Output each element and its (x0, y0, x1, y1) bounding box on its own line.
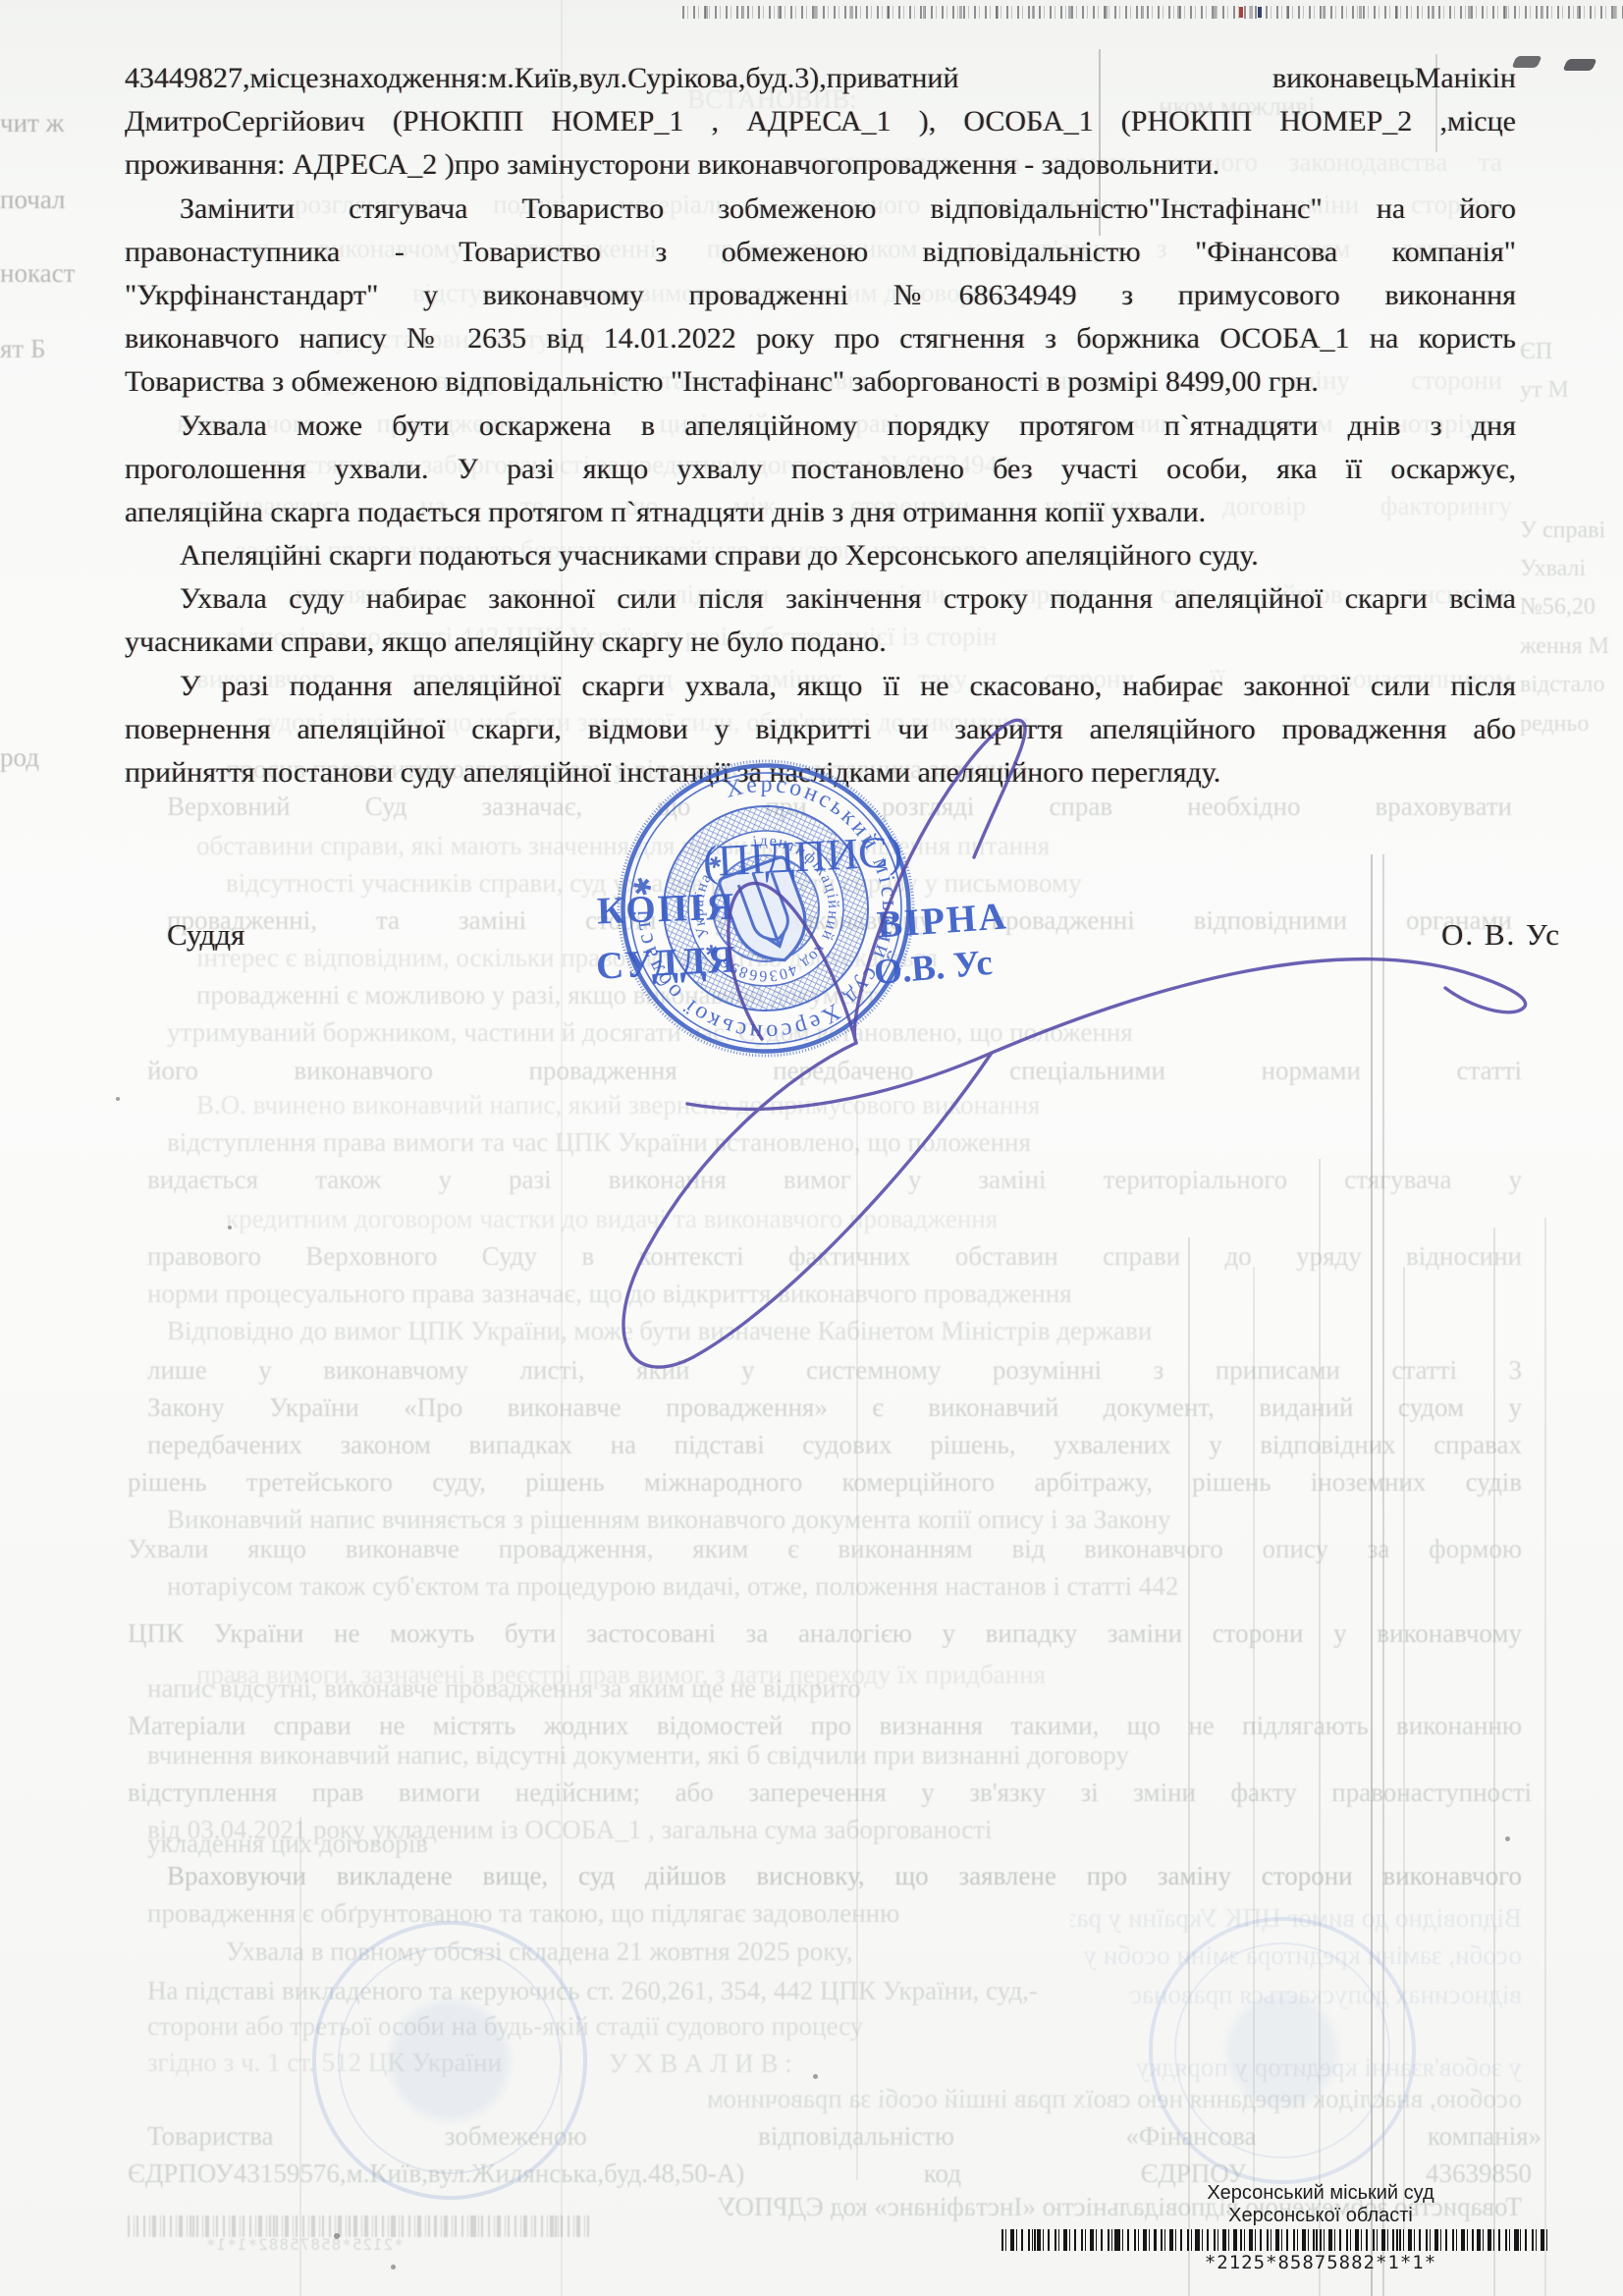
scan-speck (813, 2074, 818, 2079)
bleedthrough-line: Враховуючи викладене вище, суд дійшов ви… (167, 1861, 1522, 1896)
document-line: У разі подання апеляційної скарги ухвала… (125, 665, 1516, 708)
judge-name: О. В. Ус (1441, 917, 1561, 953)
stamp-word-copy: КОПІЯ (596, 885, 736, 934)
bleedthrough-line: ут М (1520, 377, 1620, 405)
document-body: 43449827,місцезнаходження:м.Київ,вул.Сур… (125, 57, 1516, 794)
document-line: Замінити стягувача Товариство зобмеженою… (125, 188, 1516, 231)
bleedthrough-line: редньо (1520, 711, 1620, 738)
bleedthrough-line: Матеріали справи не містять жодних відом… (128, 1711, 1522, 1746)
bleedthrough-line: відступлення права вимоги та час ЦПК Укр… (167, 1127, 1522, 1158)
barcode-court-name-line2: Херсонської області (1114, 2205, 1527, 2227)
corner-smudge (1562, 59, 1596, 71)
scan-artifact-vline (856, 1100, 858, 2180)
bleedthrough-line: рішень третейського суду, рішень міжнаро… (128, 1467, 1522, 1503)
document-line: Товариства з обмеженою відповідальністю … (125, 360, 1516, 404)
bleedthrough-line: вчинення виконавчий напис, відсутні доку… (147, 1740, 1522, 1771)
ghost-stamp-core (385, 1994, 514, 2127)
judge-label: Суддя (167, 917, 244, 953)
barcode-code-text: *2125*85875882*1*1* (1114, 2252, 1527, 2273)
stamp-word-judge: СУДДЯ (595, 937, 738, 988)
document-line: Ухвала може бути оскаржена в апеляційном… (125, 405, 1516, 448)
document-line: "Укрфінанстандарт" у виконавчому провадж… (125, 274, 1516, 317)
bleedthrough-line: ЄП (1520, 339, 1620, 366)
document-line: ДмитроСергійович (РНОКПП НОМЕР_1 , АДРЕС… (125, 100, 1516, 143)
bleedthrough-line: відстало (1520, 672, 1620, 699)
scanner-noise-strip (682, 6, 1623, 19)
bleedthrough-line: правового Верховного Суду в контексті фа… (147, 1241, 1522, 1277)
bleedthrough-line: Відповідно до вимог ЦПК України, може бу… (167, 1316, 1522, 1346)
bleedthrough-line: укладення цих договорів (147, 1829, 461, 1859)
bleedthrough-line: У справі (1520, 518, 1620, 545)
scanner-noise-red-mark (1239, 7, 1243, 18)
ghost-stamp-core (1221, 1990, 1343, 2111)
bleedthrough-line: Ухвалі (1520, 556, 1620, 583)
scanned-court-document-page: ВСТАНОВИВ:нком можливіпосилаючись на вим… (0, 0, 1623, 2296)
stamp-word-true: ВІРНА (876, 894, 1009, 947)
document-line: учасниками справи, якщо апеляційну скарг… (125, 621, 1516, 664)
bleedthrough-line: У Х В А Л И В : (609, 2049, 1021, 2079)
bleedthrough-line: №56,20 (1520, 594, 1620, 622)
bleedthrough-line: відступлення прав вимоги недійсним; або … (128, 1777, 1532, 1813)
document-line: апеляційна скарга подається протягом п`я… (125, 491, 1516, 534)
document-line: Ухвала суду набирає законної сили після … (125, 577, 1516, 621)
bleedthrough-line: ят Б (0, 334, 118, 364)
document-line: 43449827,місцезнаходження:м.Київ,вул.Сур… (125, 57, 1516, 100)
ghost-stamp-left (312, 1921, 587, 2200)
ghost-stamp-right (1149, 1917, 1416, 2184)
stamp-judge-initials: О.В. Ус (872, 942, 994, 994)
scanner-noise-blue-mark (1258, 7, 1262, 18)
bleedthrough-line: нокаст (0, 258, 118, 289)
bleedthrough-line: сторони або третьої особи на будь-якій с… (147, 2011, 1129, 2042)
bleedthrough-line: видається також у разі виконання вимог у… (147, 1165, 1522, 1200)
stamp-word-signature: (ПІДПИС) (702, 826, 904, 888)
scan-artifact-vline (1544, 1218, 1546, 2296)
bleedthrough-line: В.О. вчинено виконавчий напис, який звер… (196, 1090, 1473, 1121)
bleedthrough-line: чит ж (0, 108, 118, 138)
bleedthrough-line: від 03.04.2021 року укладеним із ОСОБА_1… (147, 1815, 1522, 1845)
document-line: проголошення ухвали. У разі якщо ухвалу … (125, 448, 1516, 491)
scan-artifact-vline (1493, 1228, 1495, 2296)
document-line: проживання: АДРЕСА_2 )про замінусторони … (125, 143, 1516, 187)
ghost-barcode (128, 2215, 589, 2237)
barcode-court-name-line1: Херсонський міський суд (1114, 2182, 1527, 2205)
bleedthrough-line: провадження є обґрунтованою та такою, що… (147, 1898, 1424, 1929)
bleedthrough-line: напис відсутні, виконавче провадження за… (147, 1673, 1522, 1704)
bleedthrough-line: кредитним договором частки до видачі та … (226, 1204, 1443, 1234)
document-line: правонаступника - Товариство з обмеженою… (125, 231, 1516, 274)
bleedthrough-line: передбачених законом випадках на підстав… (147, 1430, 1522, 1465)
ghost-barcode-code-text: *2125*85875882*1*1* (147, 2235, 461, 2254)
bleedthrough-line: лише у виконавчому листі, який у системн… (147, 1355, 1522, 1391)
bleedthrough-line: почал (0, 185, 118, 215)
bleedthrough-line: Закону України «Про виконавче провадженн… (147, 1393, 1522, 1428)
document-line: виконавчого напису № 2635 від 14.01.2022… (125, 317, 1516, 360)
document-line: Апеляційні скарги подаються учасниками с… (125, 534, 1516, 577)
bleedthrough-line: Ухвали якщо виконавче провадження, яким … (128, 1534, 1522, 1569)
corner-smudge (1511, 56, 1542, 68)
scan-speck (391, 2265, 396, 2269)
bleedthrough-line: права вимоги, зазначені в реєстрі прав в… (196, 1660, 1473, 1690)
barcode (1001, 2229, 1551, 2251)
bleedthrough-line: род (0, 742, 118, 773)
bleedthrough-line: ЦПК України не можуть бути застосовані з… (128, 1618, 1522, 1654)
scan-speck (116, 1097, 120, 1101)
scan-speck (1505, 1836, 1510, 1841)
bleedthrough-line: норми процесуального права зазначає, що … (147, 1279, 1542, 1309)
bleedthrough-line: Виконавчий напис вчиняється з рішенням в… (167, 1504, 1522, 1535)
bleedthrough-line: нотаріусом також суб'єктом та процедурою… (167, 1571, 1522, 1602)
scan-speck (228, 1226, 232, 1230)
bleedthrough-line: ження М (1520, 633, 1620, 661)
